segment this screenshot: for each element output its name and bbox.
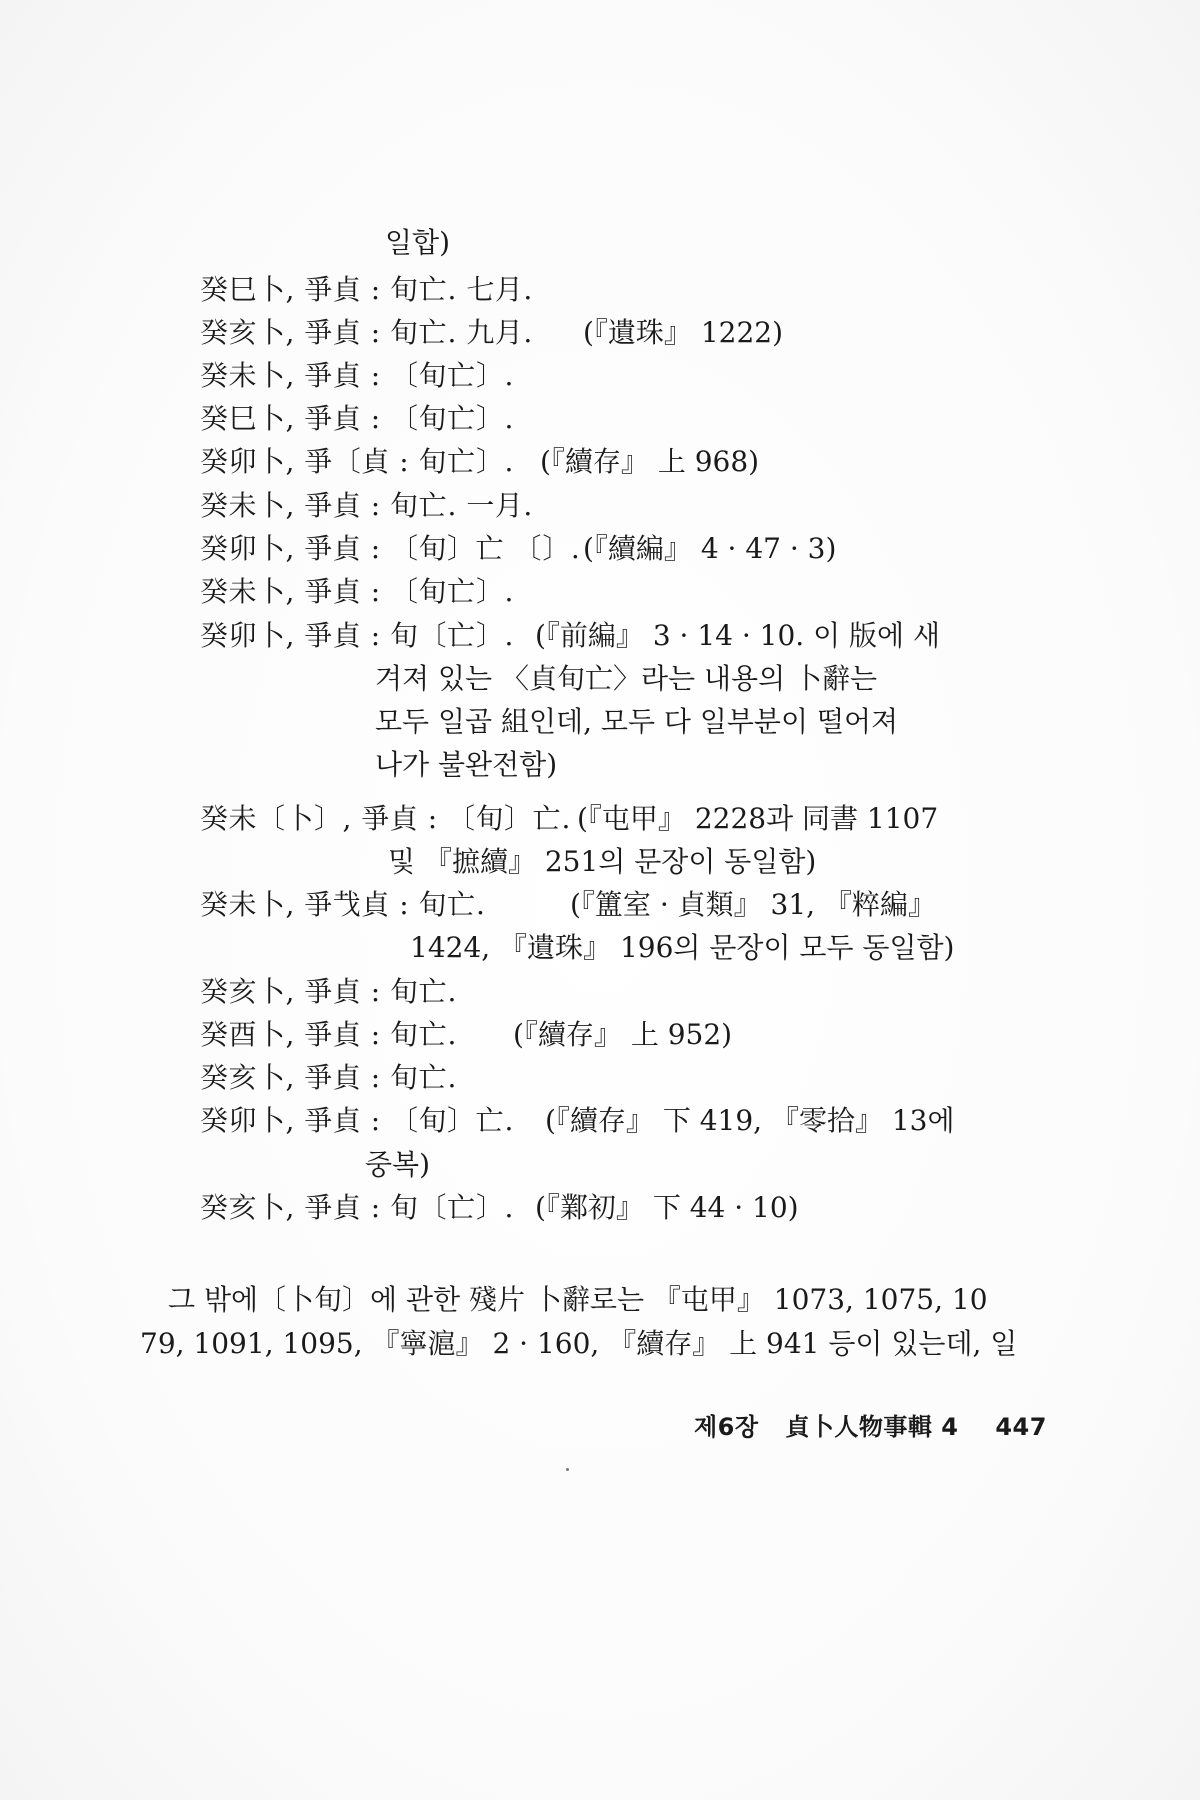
body-paragraph-line: 그 밖에〔卜旬〕에 관한 殘片 卜辭로는 『屯甲』 1073, 1075, 10 (168, 1280, 988, 1320)
citation: (『續存』 下 419, 『零拾』 13에 (545, 1101, 955, 1141)
entry-continuation: 일합) (385, 223, 450, 263)
citation-continuation: 및 『摭續』 251의 문장이 동일함) (388, 842, 816, 882)
inscription-line: 癸巳卜, 爭貞 : 旬亡𡆥. 七月. (200, 270, 533, 310)
citation: (『屯甲』 2228과 同書 1107 (577, 799, 938, 839)
inscription-line: 癸卯卜, 爭〔貞 : 旬亡𡆥〕. (200, 442, 514, 482)
inscription-line: 癸卯卜, 爭貞 : 旬〔亡𡆥〕. (200, 616, 514, 656)
chapter-label: 제6장 (694, 1413, 759, 1441)
citation: (『續編』 4 · 47 · 3) (583, 529, 836, 569)
inscription-line: 癸亥卜, 爭貞 : 旬〔亡𡆥〕. (200, 1188, 514, 1228)
citation: (『鄴初』 下 44 · 10) (535, 1188, 799, 1228)
inscription-line: 癸亥卜, 爭貞 : 旬亡𡆥. 九月. (200, 313, 533, 353)
citation-continuation: 겨져 있는 〈貞旬亡𡆥〉라는 내용의 卜辭는 (375, 659, 877, 699)
inscription-line: 癸卯卜, 爭貞 : 〔旬〕亡𡆥. (200, 1101, 514, 1141)
page-number: 447 (995, 1413, 1047, 1441)
citation-continuation: 1424, 『遺珠』 196의 문장이 모두 동일함) (410, 928, 954, 968)
chapter-title: 貞卜人物事輯 4 (785, 1413, 958, 1441)
scan-speck (566, 1468, 569, 1471)
inscription-line: 癸巳卜, 爭貞 : 〔旬亡𡆥〕. (200, 399, 514, 439)
citation-continuation: 나가 불완전함) (375, 745, 557, 785)
citation: (『續存』 上 952) (513, 1015, 732, 1055)
inscription-line: 癸未〔卜〕, 爭貞 : 〔旬〕亡𡆥. (200, 799, 571, 839)
citation: (『續存』 上 968) (540, 442, 759, 482)
body-paragraph-line: 79, 1091, 1095, 『寧滬』 2 · 160, 『續存』 上 941… (140, 1324, 1017, 1364)
inscription-line: 癸未卜, 爭貞 : 〔旬亡𡆥〕. (200, 356, 514, 396)
inscription-line: 癸未卜, 爭貞 : 旬亡𡆥. 一月. (200, 486, 533, 526)
inscription-line: 癸未卜, 爭𢦏貞 : 旬亡𡆥. (200, 885, 485, 925)
inscription-line: 癸酉卜, 爭貞 : 旬亡𡆥. (200, 1015, 457, 1055)
running-footer: 제6장 貞卜人物事輯 4 447 (694, 1407, 1047, 1442)
citation: (『遺珠』 1222) (583, 313, 783, 353)
inscription-line: 癸卯卜, 爭貞 : 〔旬〕亡 〔𡆥〕. (200, 529, 580, 569)
inscription-line: 癸未卜, 爭貞 : 〔旬亡𡆥〕. (200, 572, 514, 612)
citation: (『前編』 3 · 14 · 10. 이 版에 새 (535, 616, 940, 656)
inscription-line: 癸亥卜, 爭貞 : 旬亡𡆥. (200, 972, 457, 1012)
citation-continuation: 중복) (365, 1145, 430, 1185)
inscription-line: 癸亥卜, 爭貞 : 旬亡𡆥. (200, 1058, 457, 1098)
citation-continuation: 모두 일곱 組인데, 모두 다 일부분이 떨어져 (375, 702, 898, 742)
citation: (『簠室 · 貞類』 31, 『粹編』 (570, 885, 936, 925)
document-page: 일합) 癸巳卜, 爭貞 : 旬亡𡆥. 七月. 癸亥卜, 爭貞 : 旬亡𡆥. 九月… (0, 0, 1200, 1800)
